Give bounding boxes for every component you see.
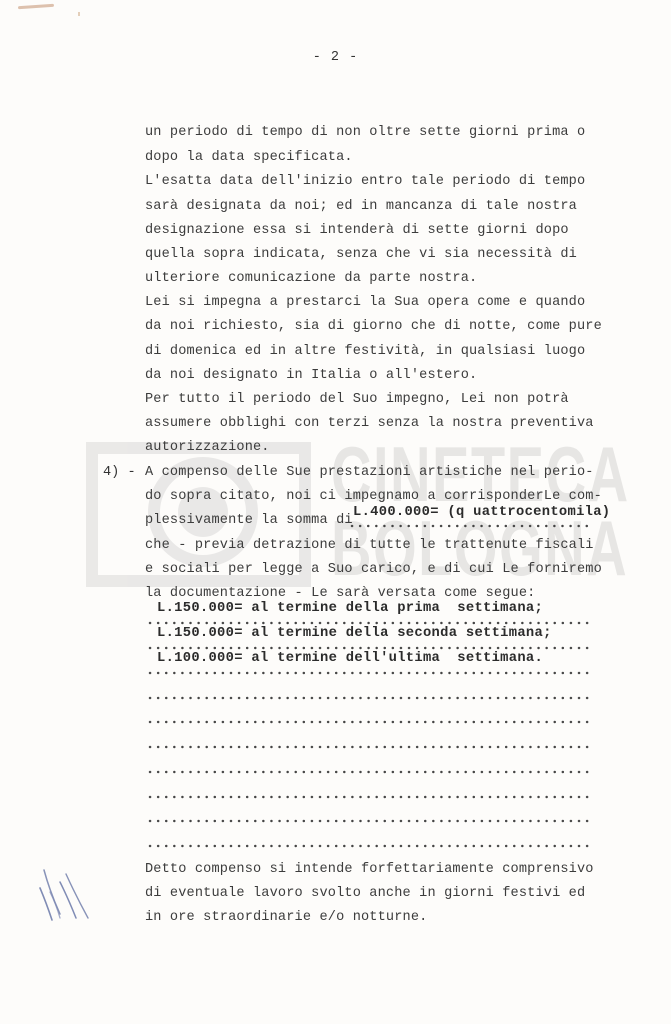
paper-stain — [78, 12, 80, 16]
installment-3: L.100.000= al termine dell'ultima settim… — [157, 651, 543, 667]
installment-1: L.150.000= al termine della prima settim… — [157, 601, 543, 617]
text-line: assumere obblighi con terzi senza la nos… — [145, 416, 594, 432]
text-line: autorizzazione. — [145, 440, 270, 456]
text-line: Lei si impegna a prestarci la Sua opera … — [145, 295, 585, 311]
text-line: un periodo di tempo di non oltre sette g… — [145, 125, 585, 141]
text-line: Per tutto il periodo del Suo impegno, Le… — [145, 392, 569, 408]
text-line: sarà designata da noi; ed in mancanza di… — [145, 199, 577, 215]
fill-in-dotted-line — [146, 770, 591, 774]
text-line: ulteriore comunicazione da parte nostra. — [145, 271, 477, 287]
fill-in-dotted-line — [348, 524, 591, 528]
text-line: da noi designato in Italia o all'estero. — [145, 368, 477, 384]
text-line: A compenso delle Sue prestazioni artisti… — [145, 465, 594, 481]
text-line: plessivamente la somma di — [145, 513, 353, 529]
fill-in-dotted-line — [146, 720, 591, 724]
text-line: e sociali per legge a Suo carico, e di c… — [145, 562, 602, 578]
fill-in-dotted-line — [146, 646, 591, 650]
document-page: - 2 - CINETECA BOLOGNA un periodo di tem… — [0, 0, 671, 1024]
text-line: Detto compenso si intende forfettariamen… — [145, 862, 594, 878]
text-line: di domenica ed in altre festività, in qu… — [145, 344, 585, 360]
fill-in-dotted-line — [146, 844, 591, 848]
text-line: di eventuale lavoro svolto anche in gior… — [145, 886, 585, 902]
text-line: quella sopra indicata, senza che vi sia … — [145, 247, 577, 263]
fill-in-dotted-line — [146, 819, 591, 823]
text-line: la documentazione - Le sarà versata come… — [145, 586, 535, 602]
clause-number: 4) - — [103, 465, 136, 481]
fill-in-dotted-line — [146, 621, 591, 625]
fill-in-dotted-line — [146, 671, 591, 675]
fill-in-dotted-line — [146, 696, 591, 700]
total-amount-typed: L.400.000= (q uattrocentomila) — [353, 505, 610, 521]
paper-stain — [18, 4, 54, 10]
fill-in-dotted-line — [146, 745, 591, 749]
page-number: - 2 - — [0, 50, 671, 65]
text-line: da noi richiesto, sia di giorno che di n… — [145, 319, 602, 335]
text-line: dopo la data specificata. — [145, 150, 353, 166]
handwritten-initials-icon — [30, 862, 100, 932]
text-line: in ore straordinarie e/o notturne. — [145, 910, 427, 926]
installment-2: L.150.000= al termine della seconda sett… — [157, 626, 552, 642]
text-line: che - previa detrazione di tutte le trat… — [145, 538, 594, 554]
text-line: L'esatta data dell'inizio entro tale per… — [145, 174, 585, 190]
fill-in-dotted-line — [146, 795, 591, 799]
text-line: do sopra citato, noi ci impegnamo a corr… — [145, 489, 602, 505]
text-line: designazione essa si intenderà di sette … — [145, 223, 569, 239]
